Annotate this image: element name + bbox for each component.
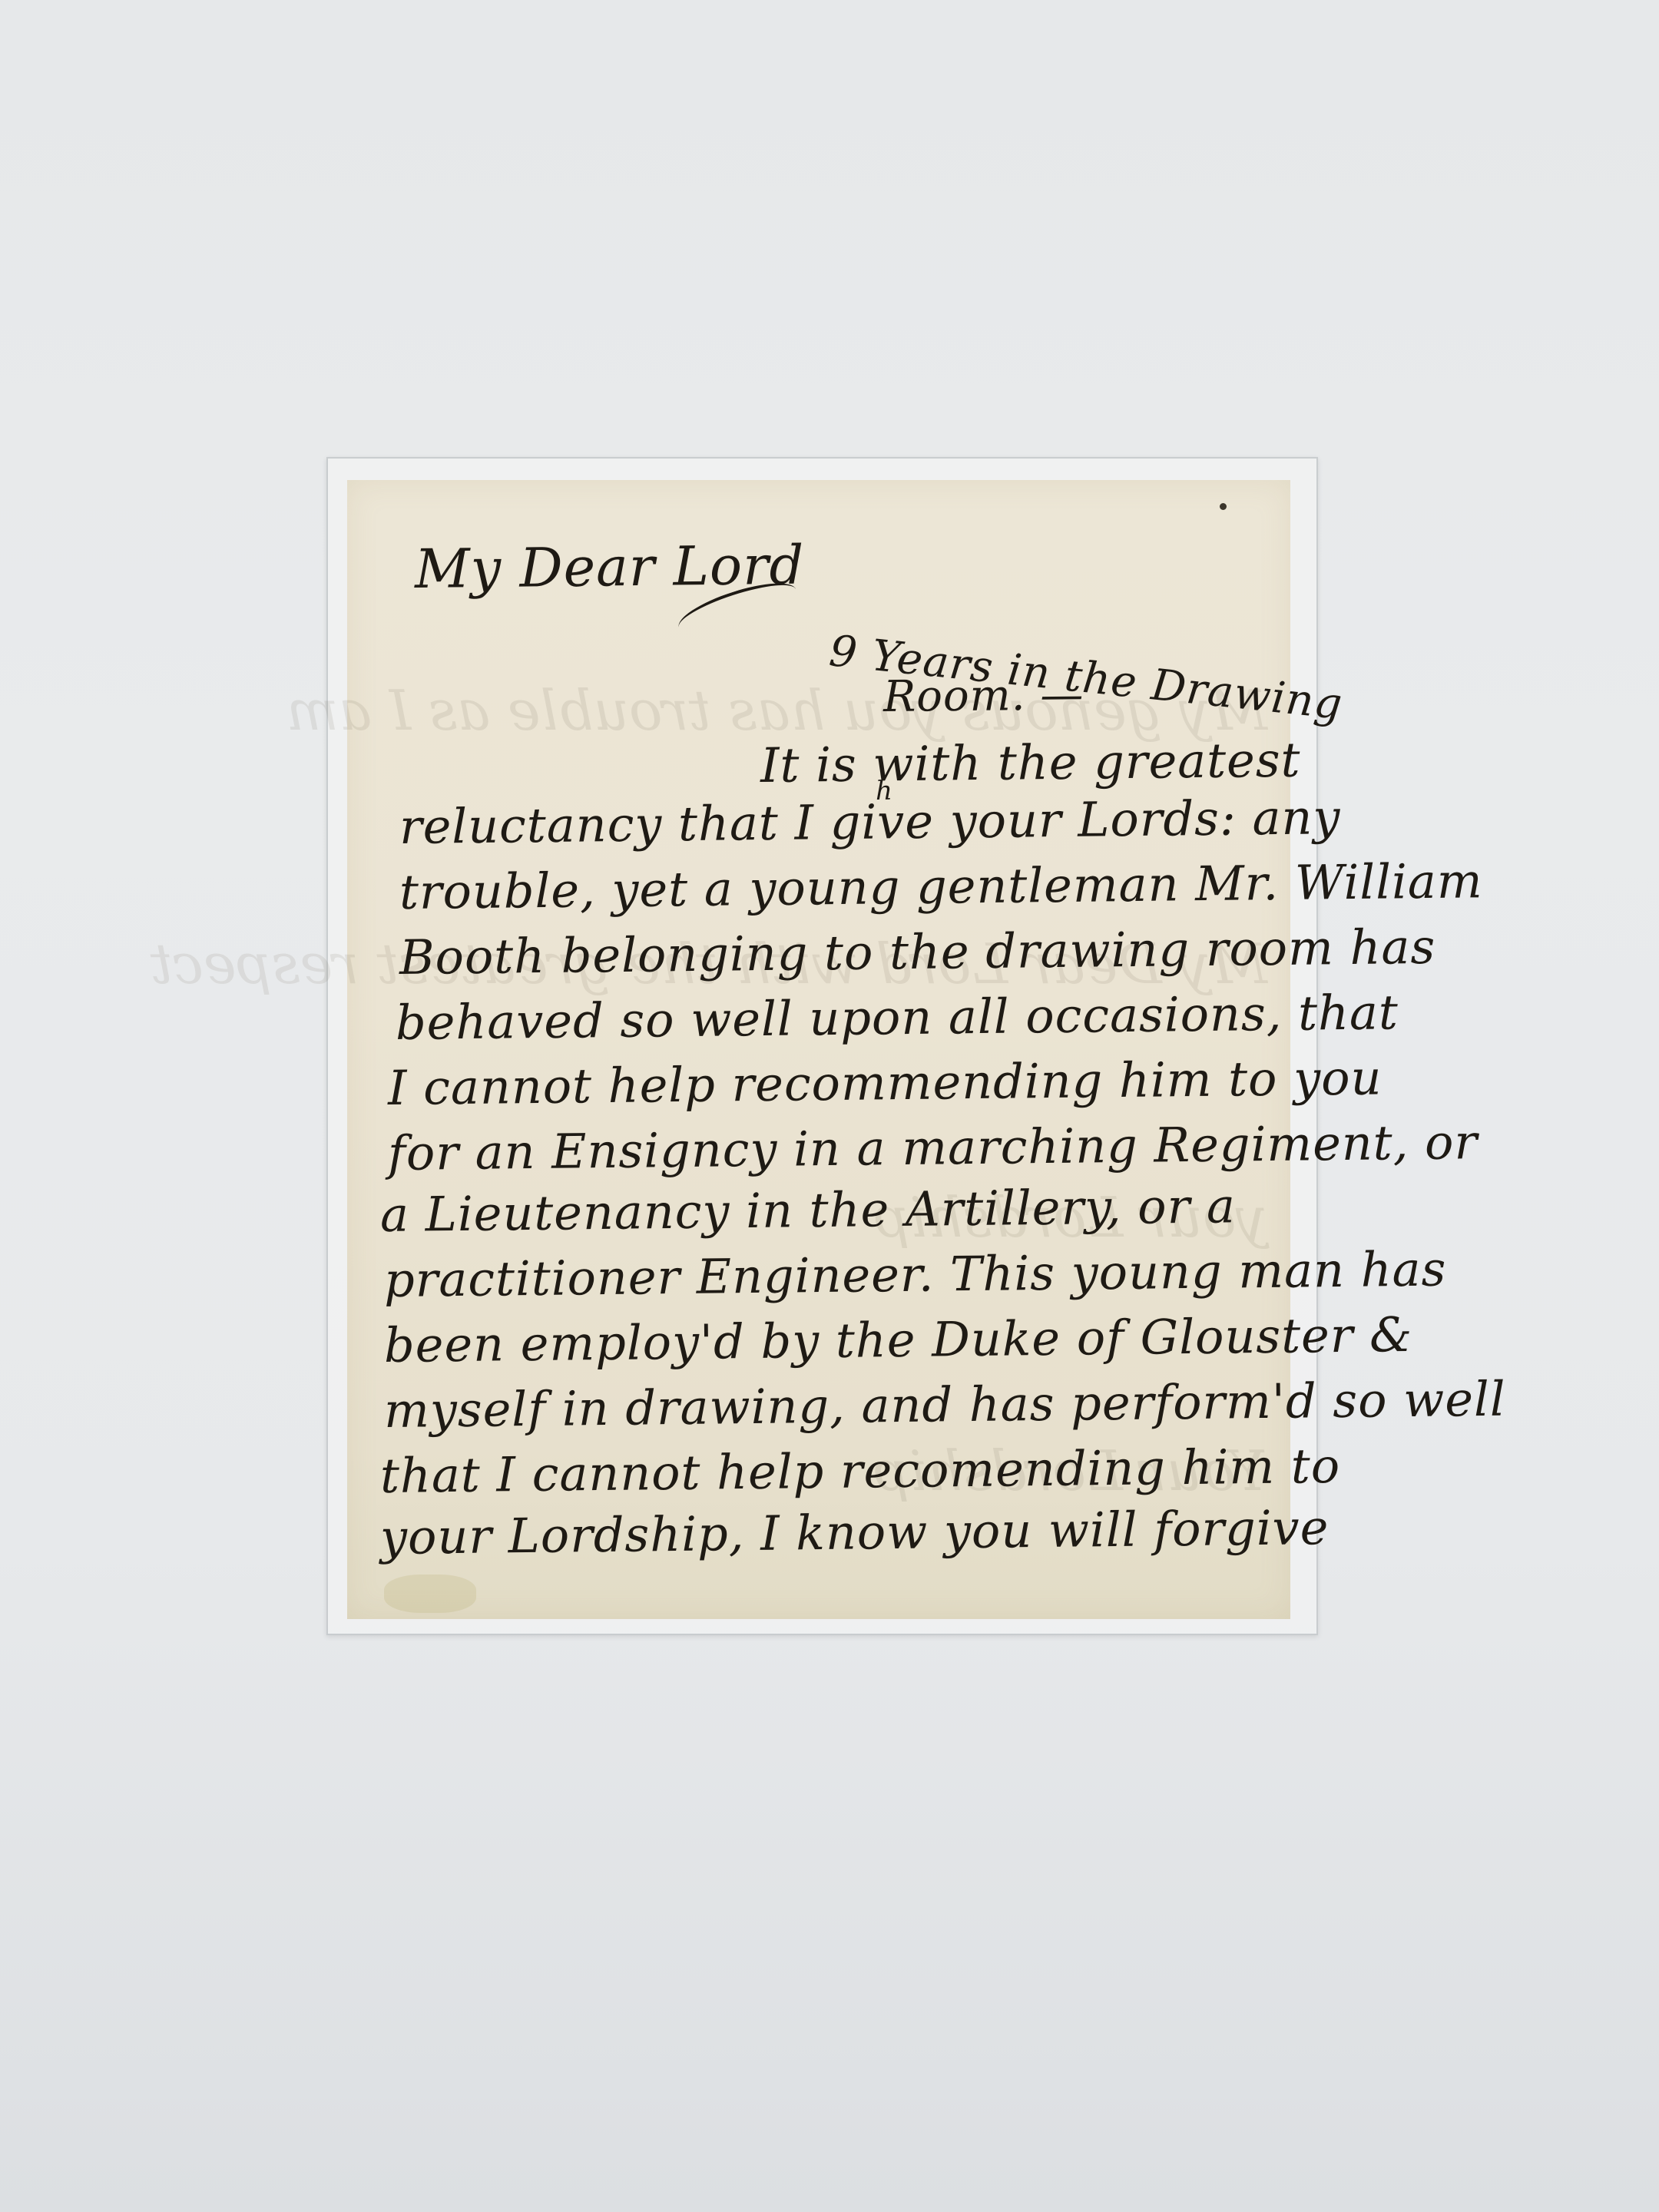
letter-line-3: trouble, yet a young gentleman Mr. Willi… <box>399 853 1483 920</box>
letter-line-2: reluctancy that I give your Lords: any <box>399 789 1341 855</box>
letter-line-12: that I cannot help recomending him to <box>380 1438 1341 1504</box>
letter-line-13: your Lordship, I know you will forgive <box>380 1499 1330 1565</box>
letter-line-11: myself in drawing, and has perform'd so … <box>384 1371 1506 1439</box>
pin-hole <box>1220 503 1227 510</box>
paper-stain <box>384 1575 476 1613</box>
annotation-line-2: Room. — <box>883 670 1084 722</box>
letter-line-6: I cannot help recommending him to you <box>388 1049 1382 1116</box>
letter-line-1: It is with the greatest <box>760 732 1301 793</box>
letter-line-7: for an Ensigncy in a marching Regiment, … <box>388 1114 1479 1181</box>
letter-line-9: practitioner Engineer. This young man ha… <box>384 1241 1447 1308</box>
letter-line-10: been employ'd by the Duke of Glouster & <box>384 1306 1413 1373</box>
letter-line-4: Booth belonging to the drawing room has <box>399 919 1436 985</box>
letter-line-5: behaved so well upon all occasions, that <box>396 984 1399 1051</box>
letter-line-8: a Lieutenancy in the Artillery, or a <box>380 1177 1237 1243</box>
